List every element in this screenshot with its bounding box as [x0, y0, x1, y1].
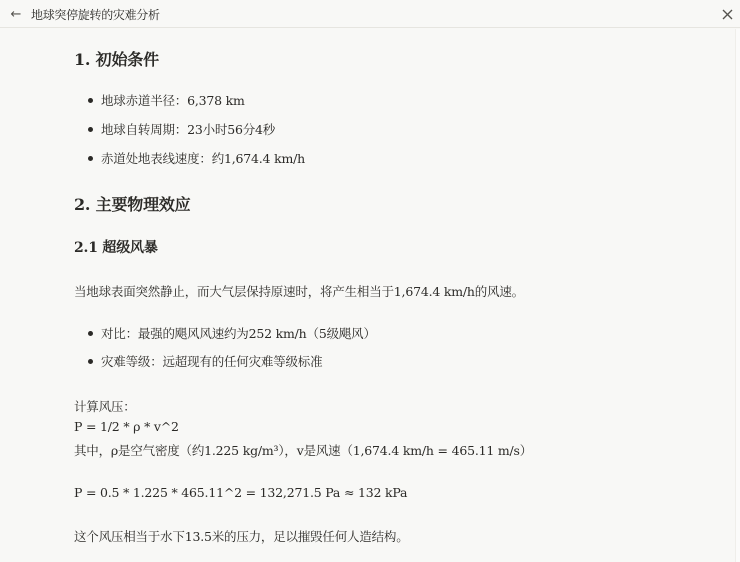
calc-label: 计算风压： [74, 397, 136, 415]
formula: P = 1/2 * ρ * v^2 [74, 419, 179, 434]
bullet-icon [88, 127, 93, 132]
arrow-left-icon: ← [11, 7, 22, 22]
paragraph-conclusion: 这个风压相当于水下13.5米的压力，足以摧毁任何人造结构。 [74, 527, 409, 545]
bullet-icon [88, 156, 93, 161]
scrollbar[interactable] [735, 29, 740, 562]
close-icon [722, 9, 733, 20]
paragraph-intro: 当地球表面突然静止，而大气层保持原速时，将产生相当于1,674.4 km/h的风… [74, 282, 524, 300]
document-scroll-area[interactable]: 1. 初始条件 地球赤道半径：6,378 km 地球自转周期：23小时56分4秒… [0, 29, 740, 562]
back-button[interactable]: ← [8, 5, 24, 23]
subsection-heading-superstorm: 2.1 超级风暴 [74, 237, 158, 257]
bullet-icon [88, 359, 93, 364]
page-title: 地球突停旋转的灾难分析 [31, 6, 160, 23]
formula-explanation: 其中，ρ是空气密度（约1.225 kg/m³），v是风速（1,674.4 km/… [74, 441, 532, 459]
section-heading-physical-effects: 2. 主要物理效应 [74, 192, 190, 215]
bullet-icon [88, 98, 93, 103]
close-button[interactable] [718, 5, 736, 23]
bullet-icon [88, 331, 93, 336]
header-bar: ← 地球突停旋转的灾难分析 [0, 0, 740, 28]
section-heading-initial-conditions: 1. 初始条件 [74, 47, 159, 70]
calc-result: P = 0.5 * 1.225 * 465.11^2 = 132,271.5 P… [74, 485, 407, 500]
